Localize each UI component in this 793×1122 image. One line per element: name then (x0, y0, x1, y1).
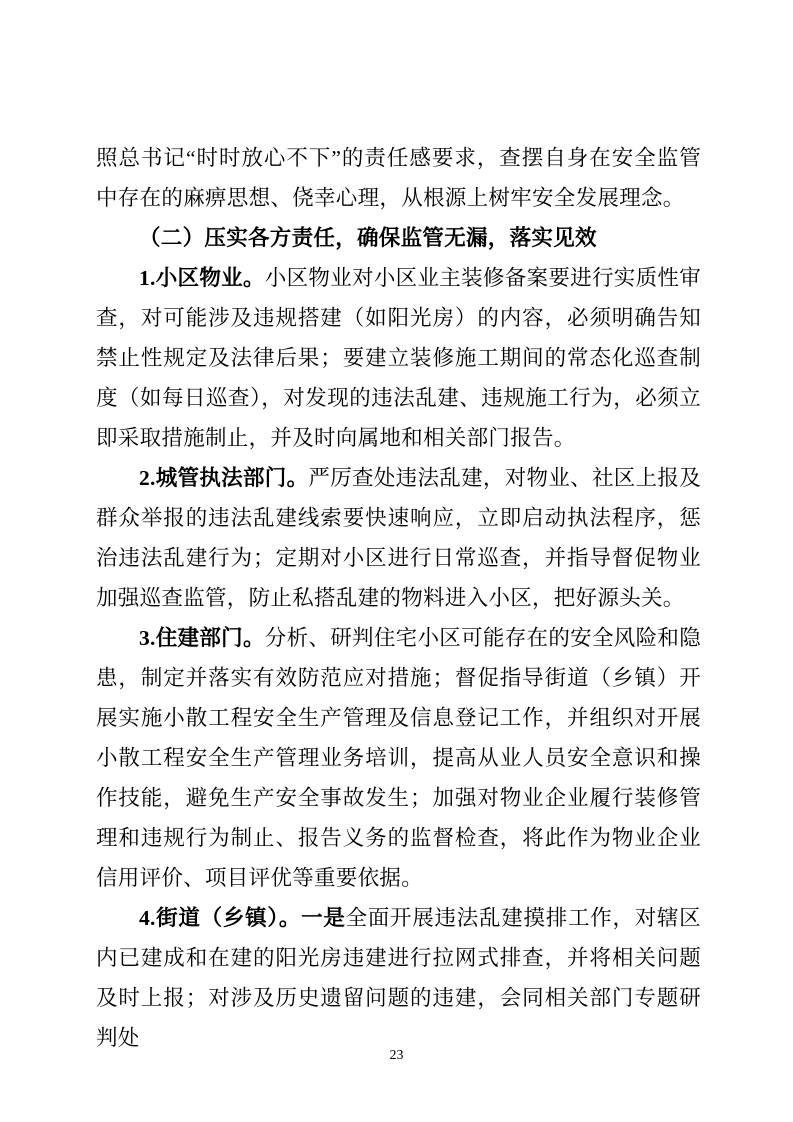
item-4-lead: 4.街道（乡镇）。一是 (139, 906, 346, 930)
item-2-lead: 2.城管执法部门。 (139, 466, 308, 490)
item-3-text: 分析、研判住宅小区可能存在的安全风险和隐患，制定并落实有效防范应对措施；督促指导… (96, 626, 701, 890)
section-heading: （二）压实各方责任，确保监管无漏，落实见效 (96, 218, 701, 258)
document-page: 照总书记“时时放心不下”的责任感要求，查摆自身在安全监管中存在的麻痹思想、侥幸心… (0, 0, 793, 1122)
item-1-text: 小区物业对小区业主装修备案要进行实质性审查，对可能涉及违规搭建（如阳光房）的内容… (96, 266, 701, 450)
section-heading-text: （二）压实各方责任，确保监管无漏，落实见效 (139, 226, 597, 250)
paragraph-item-2: 2.城管执法部门。严厉查处违法乱建，对物业、社区上报及群众举报的违法乱建线索要快… (96, 458, 701, 618)
paragraph-item-3: 3.住建部门。分析、研判住宅小区可能存在的安全风险和隐患，制定并落实有效防范应对… (96, 618, 701, 898)
paragraph-item-1: 1.小区物业。小区物业对小区业主装修备案要进行实质性审查，对可能涉及违规搭建（如… (96, 258, 701, 458)
item-3-lead: 3.住建部门。 (139, 626, 265, 650)
item-1-lead: 1.小区物业。 (139, 266, 265, 290)
page-footer: 23 (0, 1046, 793, 1064)
paragraph-item-4: 4.街道（乡镇）。一是全面开展违法乱建摸排工作，对辖区内已建成和在建的阳光房违建… (96, 898, 701, 1058)
paragraph-text: 照总书记“时时放心不下”的责任感要求，查摆自身在安全监管中存在的麻痹思想、侥幸心… (96, 146, 701, 210)
paragraph-continuation: 照总书记“时时放心不下”的责任感要求，查摆自身在安全监管中存在的麻痹思想、侥幸心… (96, 138, 701, 218)
page-number: 23 (390, 1048, 404, 1063)
